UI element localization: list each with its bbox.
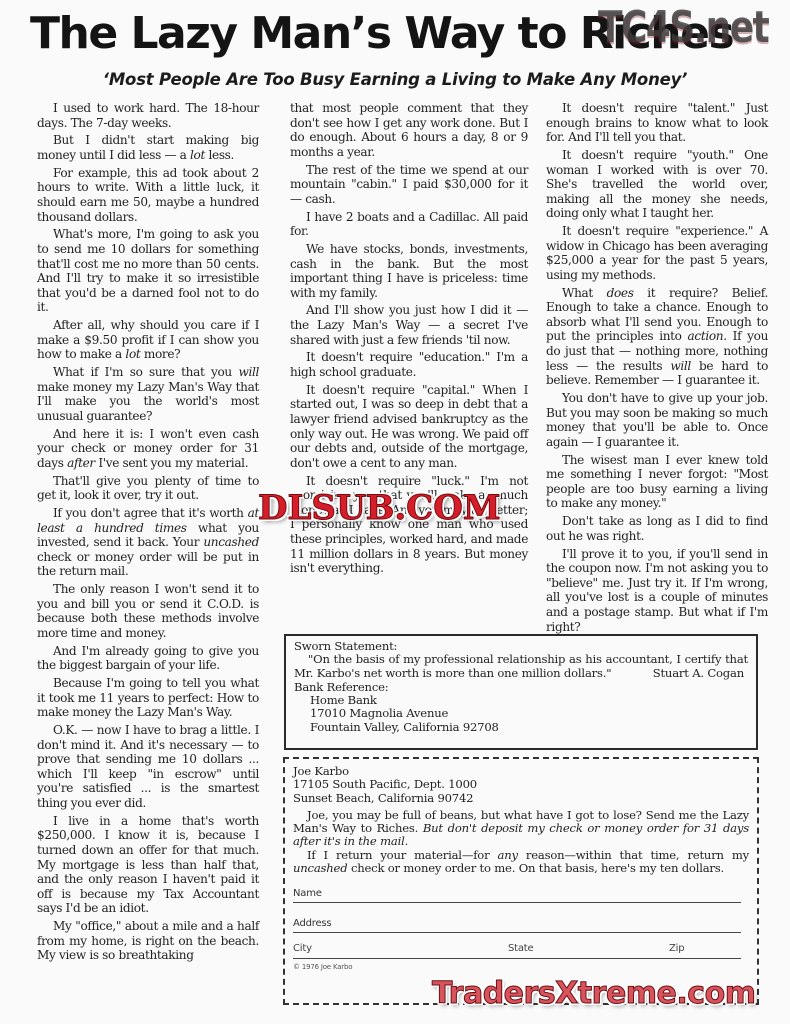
coupon-paragraph: Joe, you may be full of beans, but what … <box>293 809 749 849</box>
paragraph: That'll give you plenty of time to get i… <box>37 474 259 503</box>
address-field-line[interactable] <box>293 932 741 933</box>
paragraph: If you don't agree that it's worth at le… <box>37 506 259 579</box>
paragraph: O.K. — now I have to brag a little. I do… <box>37 723 259 811</box>
paragraph: It doesn't require "capital." When I sta… <box>290 383 528 471</box>
paragraph: We have stocks, bonds, investments, cash… <box>290 242 528 300</box>
paragraph: It doesn't require "education." I'm a hi… <box>290 350 528 379</box>
paragraph: And here it is: I won't even cash your c… <box>37 427 259 471</box>
paragraph: I have 2 boats and a Cadillac. All paid … <box>290 210 528 239</box>
paragraph: You don't have to give up your job. But … <box>546 391 768 449</box>
coupon-text: reason—within that time, return my <box>518 848 749 862</box>
coupon-text: check or money order to me. On that basi… <box>347 861 724 875</box>
city-state-zip-line[interactable] <box>293 958 741 959</box>
paragraph: What does it require? Belief. Enough to … <box>546 286 768 388</box>
paragraph: The only reason I won't send it to you a… <box>37 582 259 640</box>
name-field-label: Name <box>293 887 322 900</box>
recipient-city: Sunset Beach, California 90742 <box>293 792 749 805</box>
paragraph: And I'm already going to give you the bi… <box>37 644 259 673</box>
paragraph: My "office," about a mile and a half fro… <box>37 919 259 963</box>
state-field-label: State <box>508 942 533 955</box>
body-column-3: It doesn't require "talent." Just enough… <box>546 101 768 637</box>
paragraph: Don't take as long as I did to find out … <box>546 514 768 543</box>
city-field-label: City <box>293 942 312 955</box>
paragraph: It doesn't require "talent." Just enough… <box>546 101 768 145</box>
city-state-zip-field[interactable]: City State Zip <box>293 937 749 961</box>
paragraph: What if I'm so sure that you will make m… <box>37 365 259 423</box>
watermark-top-right: TC4S.net <box>598 2 768 53</box>
subheadline: ‘Most People Are Too Busy Earning a Livi… <box>0 70 790 89</box>
sworn-statement-box: Sworn Statement: "On the basis of my pro… <box>284 634 758 750</box>
paragraph: It doesn't require "experience." A widow… <box>546 224 768 282</box>
order-coupon[interactable]: Joe Karbo 17105 South Pacific, Dept. 100… <box>283 757 759 1005</box>
bank-street: 17010 Magnolia Avenue <box>310 707 748 720</box>
coupon-text: If I return your material—for <box>307 848 497 862</box>
copyright-notice: © 1976 Joe Karbo <box>293 961 749 974</box>
watermark-bottom-right: TradersXtreme.com <box>432 976 755 1011</box>
name-field[interactable]: Name <box>293 877 749 905</box>
paragraph: The rest of the time we spend at our mou… <box>290 163 528 207</box>
address-field-label: Address <box>293 917 331 930</box>
paragraph: I'll prove it to you, if you'll send in … <box>546 547 768 635</box>
paragraph: Because I'm going to tell you what it to… <box>37 676 259 720</box>
bank-name: Home Bank <box>310 694 748 707</box>
zip-field-label: Zip <box>669 942 684 955</box>
bank-city: Fountain Valley, California 92708 <box>310 721 748 734</box>
sworn-statement-label: Sworn Statement: <box>294 640 748 653</box>
paragraph: I live in a home that's worth $250,000. … <box>37 814 259 916</box>
recipient-name: Joe Karbo <box>293 765 749 778</box>
paragraph: For example, this ad took about 2 hours … <box>37 166 259 224</box>
bank-reference-address: Home Bank 17010 Magnolia Avenue Fountain… <box>294 694 748 734</box>
recipient-street: 17105 South Pacific, Dept. 1000 <box>293 778 749 791</box>
paragraph: I used to work hard. The 18-hour days. T… <box>37 101 259 130</box>
paragraph: that most people comment that they don't… <box>290 101 528 159</box>
watermark-center: DLSUB.COM <box>258 488 500 528</box>
paragraph: What's more, I'm going to ask you to sen… <box>37 227 259 315</box>
coupon-text-italic: any <box>497 848 517 862</box>
name-field-line[interactable] <box>293 902 741 903</box>
paragraph: After all, why should you care if I make… <box>37 318 259 362</box>
coupon-body: Joe, you may be full of beans, but what … <box>293 809 749 875</box>
body-column-1: I used to work hard. The 18-hour days. T… <box>37 101 259 966</box>
paragraph: It doesn't require "youth." One woman I … <box>546 148 768 221</box>
coupon-paragraph: If I return your material—for any reason… <box>293 849 749 876</box>
coupon-text-italic: uncashed <box>293 861 347 875</box>
paragraph: But I didn't start making big money unti… <box>37 133 259 162</box>
bank-reference-label: Bank Reference: <box>294 681 748 694</box>
paragraph: And I'll show you just how I did it — th… <box>290 303 528 347</box>
address-field[interactable]: Address <box>293 907 749 935</box>
mailing-address: Joe Karbo 17105 South Pacific, Dept. 100… <box>293 765 749 805</box>
paragraph: The wisest man I ever knew told me somet… <box>546 453 768 511</box>
